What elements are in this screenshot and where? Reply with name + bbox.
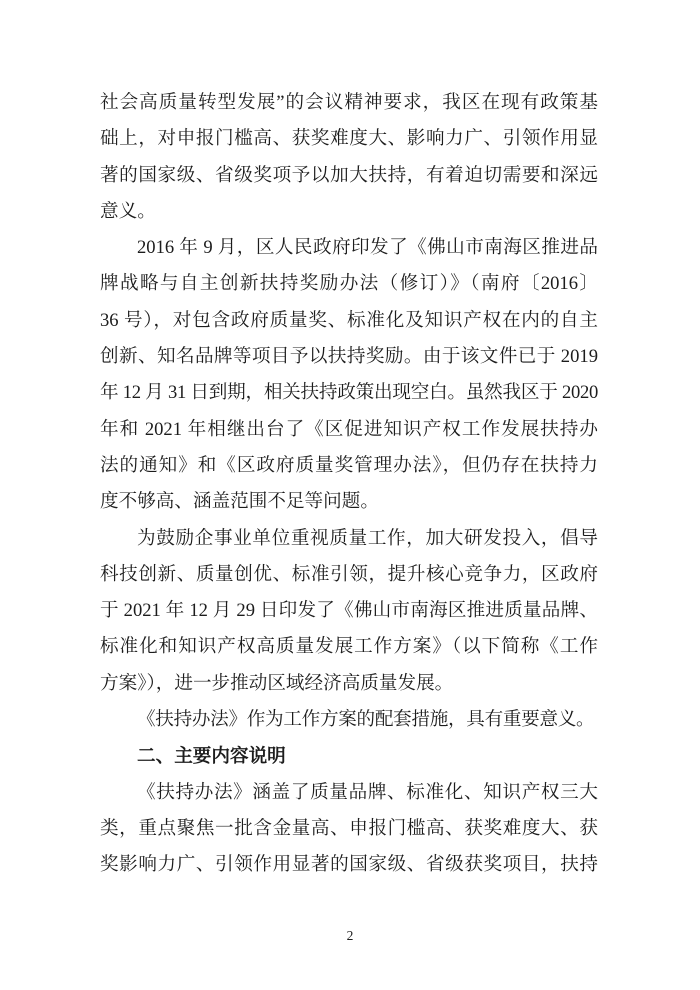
page-number: 2	[0, 928, 700, 944]
text-line: 年和 2021 年相继出台了《区促进知识产权工作发展扶持办	[100, 412, 598, 448]
text-line: 奖影响力广、引领作用显著的国家级、省级获奖项目，扶持	[100, 847, 598, 883]
text-line: 意义。	[100, 194, 598, 230]
document-body: 社会高质量转型发展”的会议精神要求，我区在现有政策基 础上，对申报门槛高、获奖难…	[100, 85, 598, 884]
text-line: 牌战略与自主创新扶持奖励办法（修订）》（南府〔2016〕	[100, 266, 598, 302]
text-line: 科技创新、质量创优、标准引领，提升核心竞争力，区政府	[100, 557, 598, 593]
text-line: 年 12 月 31 日到期，相关扶持政策出现空白。虽然我区于 2020	[100, 375, 598, 411]
text-line: 为鼓励企事业单位重视质量工作，加大研发投入，倡导	[100, 521, 598, 557]
text-line: 社会高质量转型发展”的会议精神要求，我区在现有政策基	[100, 85, 598, 121]
text-line: 法的通知》和《区政府质量奖管理办法》，但仍存在扶持力	[100, 448, 598, 484]
text-line: 《扶持办法》作为工作方案的配套措施，具有重要意义。	[100, 702, 598, 738]
text-line: 础上，对申报门槛高、获奖难度大、影响力广、引领作用显	[100, 121, 598, 157]
text-line: 2016 年 9 月，区人民政府印发了《佛山市南海区推进品	[100, 230, 598, 266]
text-line: 《扶持办法》涵盖了质量品牌、标准化、知识产权三大	[100, 775, 598, 811]
text-line: 标准化和知识产权高质量发展工作方案》（以下简称《工作	[100, 629, 598, 665]
section-heading: 二、主要内容说明	[100, 738, 598, 774]
text-line: 36 号），对包含政府质量奖、标准化及知识产权在内的自主	[100, 303, 598, 339]
text-line: 类，重点聚焦一批含金量高、申报门槛高、获奖难度大、获	[100, 811, 598, 847]
document-page: 社会高质量转型发展”的会议精神要求，我区在现有政策基 础上，对申报门槛高、获奖难…	[0, 0, 700, 990]
text-line: 度不够高、涵盖范围不足等问题。	[100, 484, 598, 520]
text-line: 创新、知名品牌等项目予以扶持奖励。由于该文件已于 2019	[100, 339, 598, 375]
text-line: 方案》），进一步推动区域经济高质量发展。	[100, 666, 598, 702]
text-line: 著的国家级、省级奖项予以加大扶持，有着迫切需要和深远	[100, 158, 598, 194]
text-line: 于 2021 年 12 月 29 日印发了《佛山市南海区推进质量品牌、	[100, 593, 598, 629]
